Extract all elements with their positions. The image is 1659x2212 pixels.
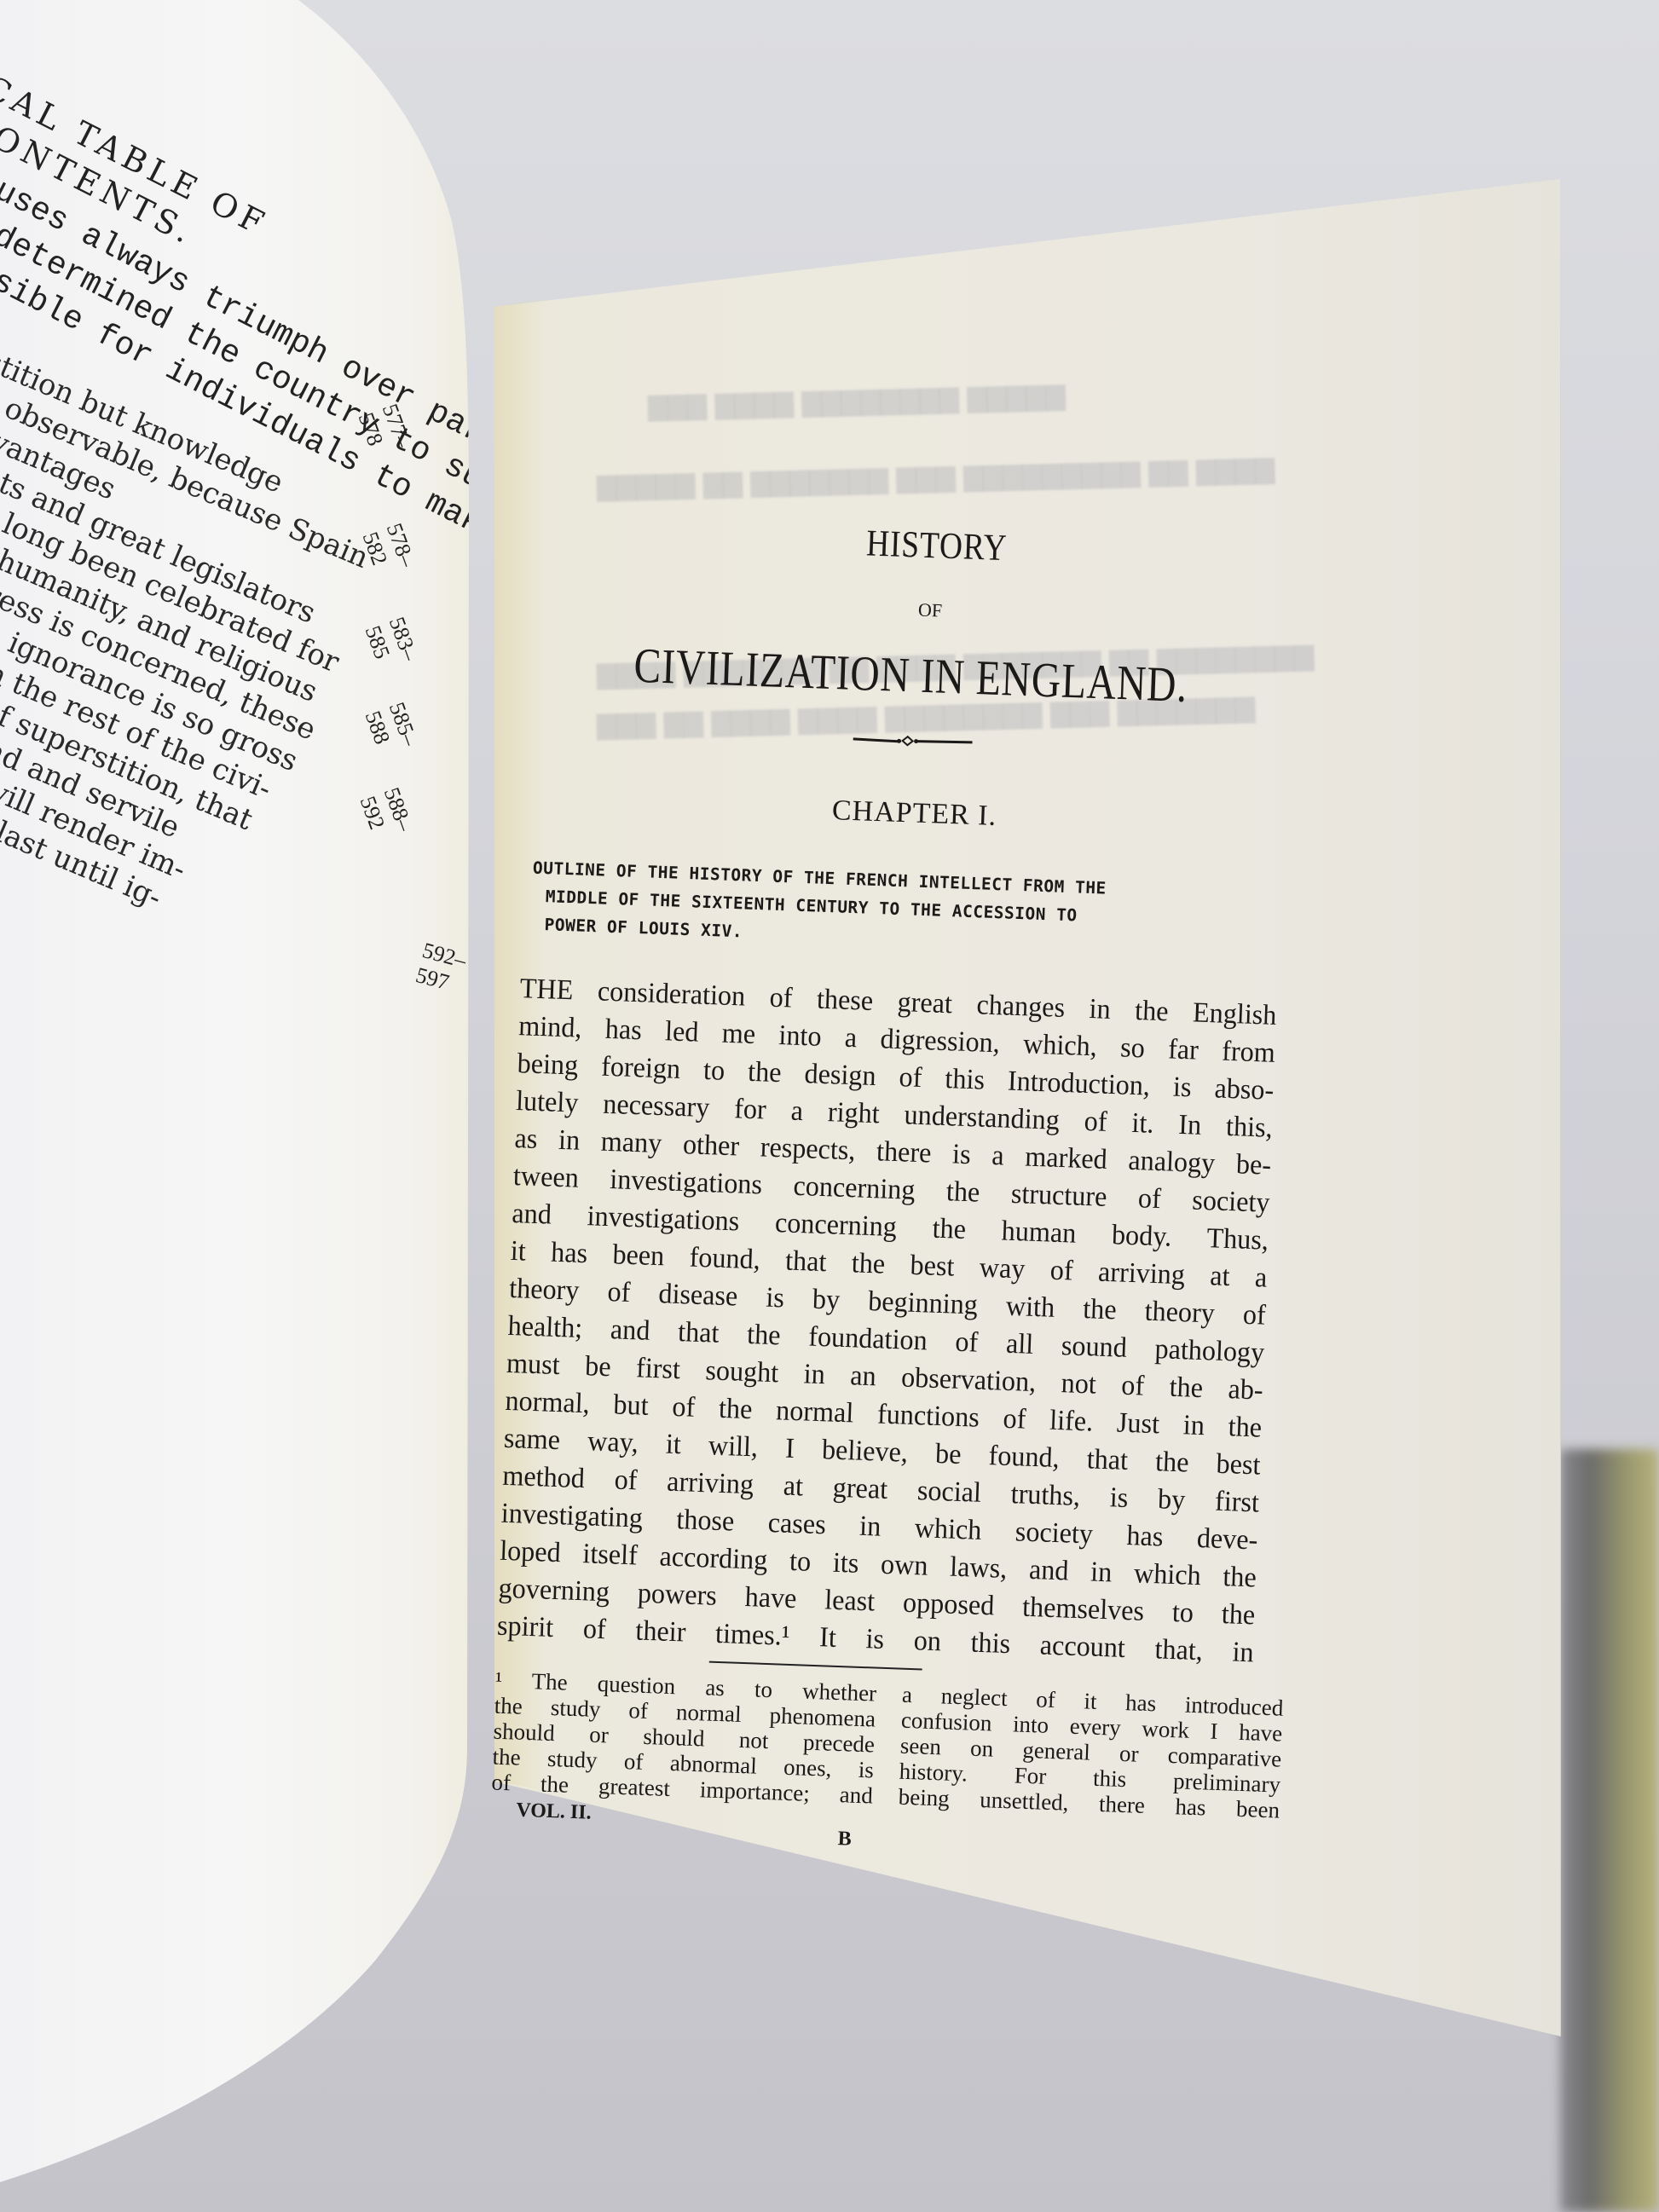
background-edge-shadow — [1560, 1449, 1659, 2212]
footnote-rule — [709, 1661, 922, 1671]
toc-page: 588–592 — [355, 784, 428, 872]
right-page-content: HISTORY OF CIVILIZATION IN ENGLAND. CHAP… — [549, 511, 1329, 1867]
book-photo: ▇▇▇▇▇ ▇▇▇▇▇▇▇▇ ▇▇▇▇ ▇▇▇ ▇▇▇▇ ▇▇ ▇▇▇▇▇▇▇▇… — [0, 0, 1659, 2212]
volume-label: VOL. II. — [515, 1799, 592, 1842]
left-page: CAL TABLE OF CONTENTS. causes always tri… — [0, 0, 477, 2212]
title-of: OF — [534, 585, 1327, 635]
signature-mark: B — [837, 1828, 852, 1851]
chapter-outline: OUTLINE OF THE HISTORY OF THE FRENCH INT… — [530, 854, 1300, 966]
toc-page: 592–597 — [413, 938, 475, 1000]
footnote-column-left: ¹ The question as to whether the study o… — [491, 1667, 877, 1809]
title-civilization-in-england: CIVILIZATION IN ENGLAND. — [571, 634, 1251, 715]
footnotes: ¹ The question as to whether the study o… — [491, 1667, 1284, 1823]
body-paragraph: THE consideration of these great changes… — [496, 970, 1277, 1672]
ornamental-rule-icon — [504, 719, 1322, 762]
toc-page: 585–588 — [360, 699, 431, 783]
footnote-column-right: a neglect of it has introduced confusion… — [898, 1682, 1284, 1823]
chapter-heading: CHAPTER I. — [509, 783, 1320, 845]
